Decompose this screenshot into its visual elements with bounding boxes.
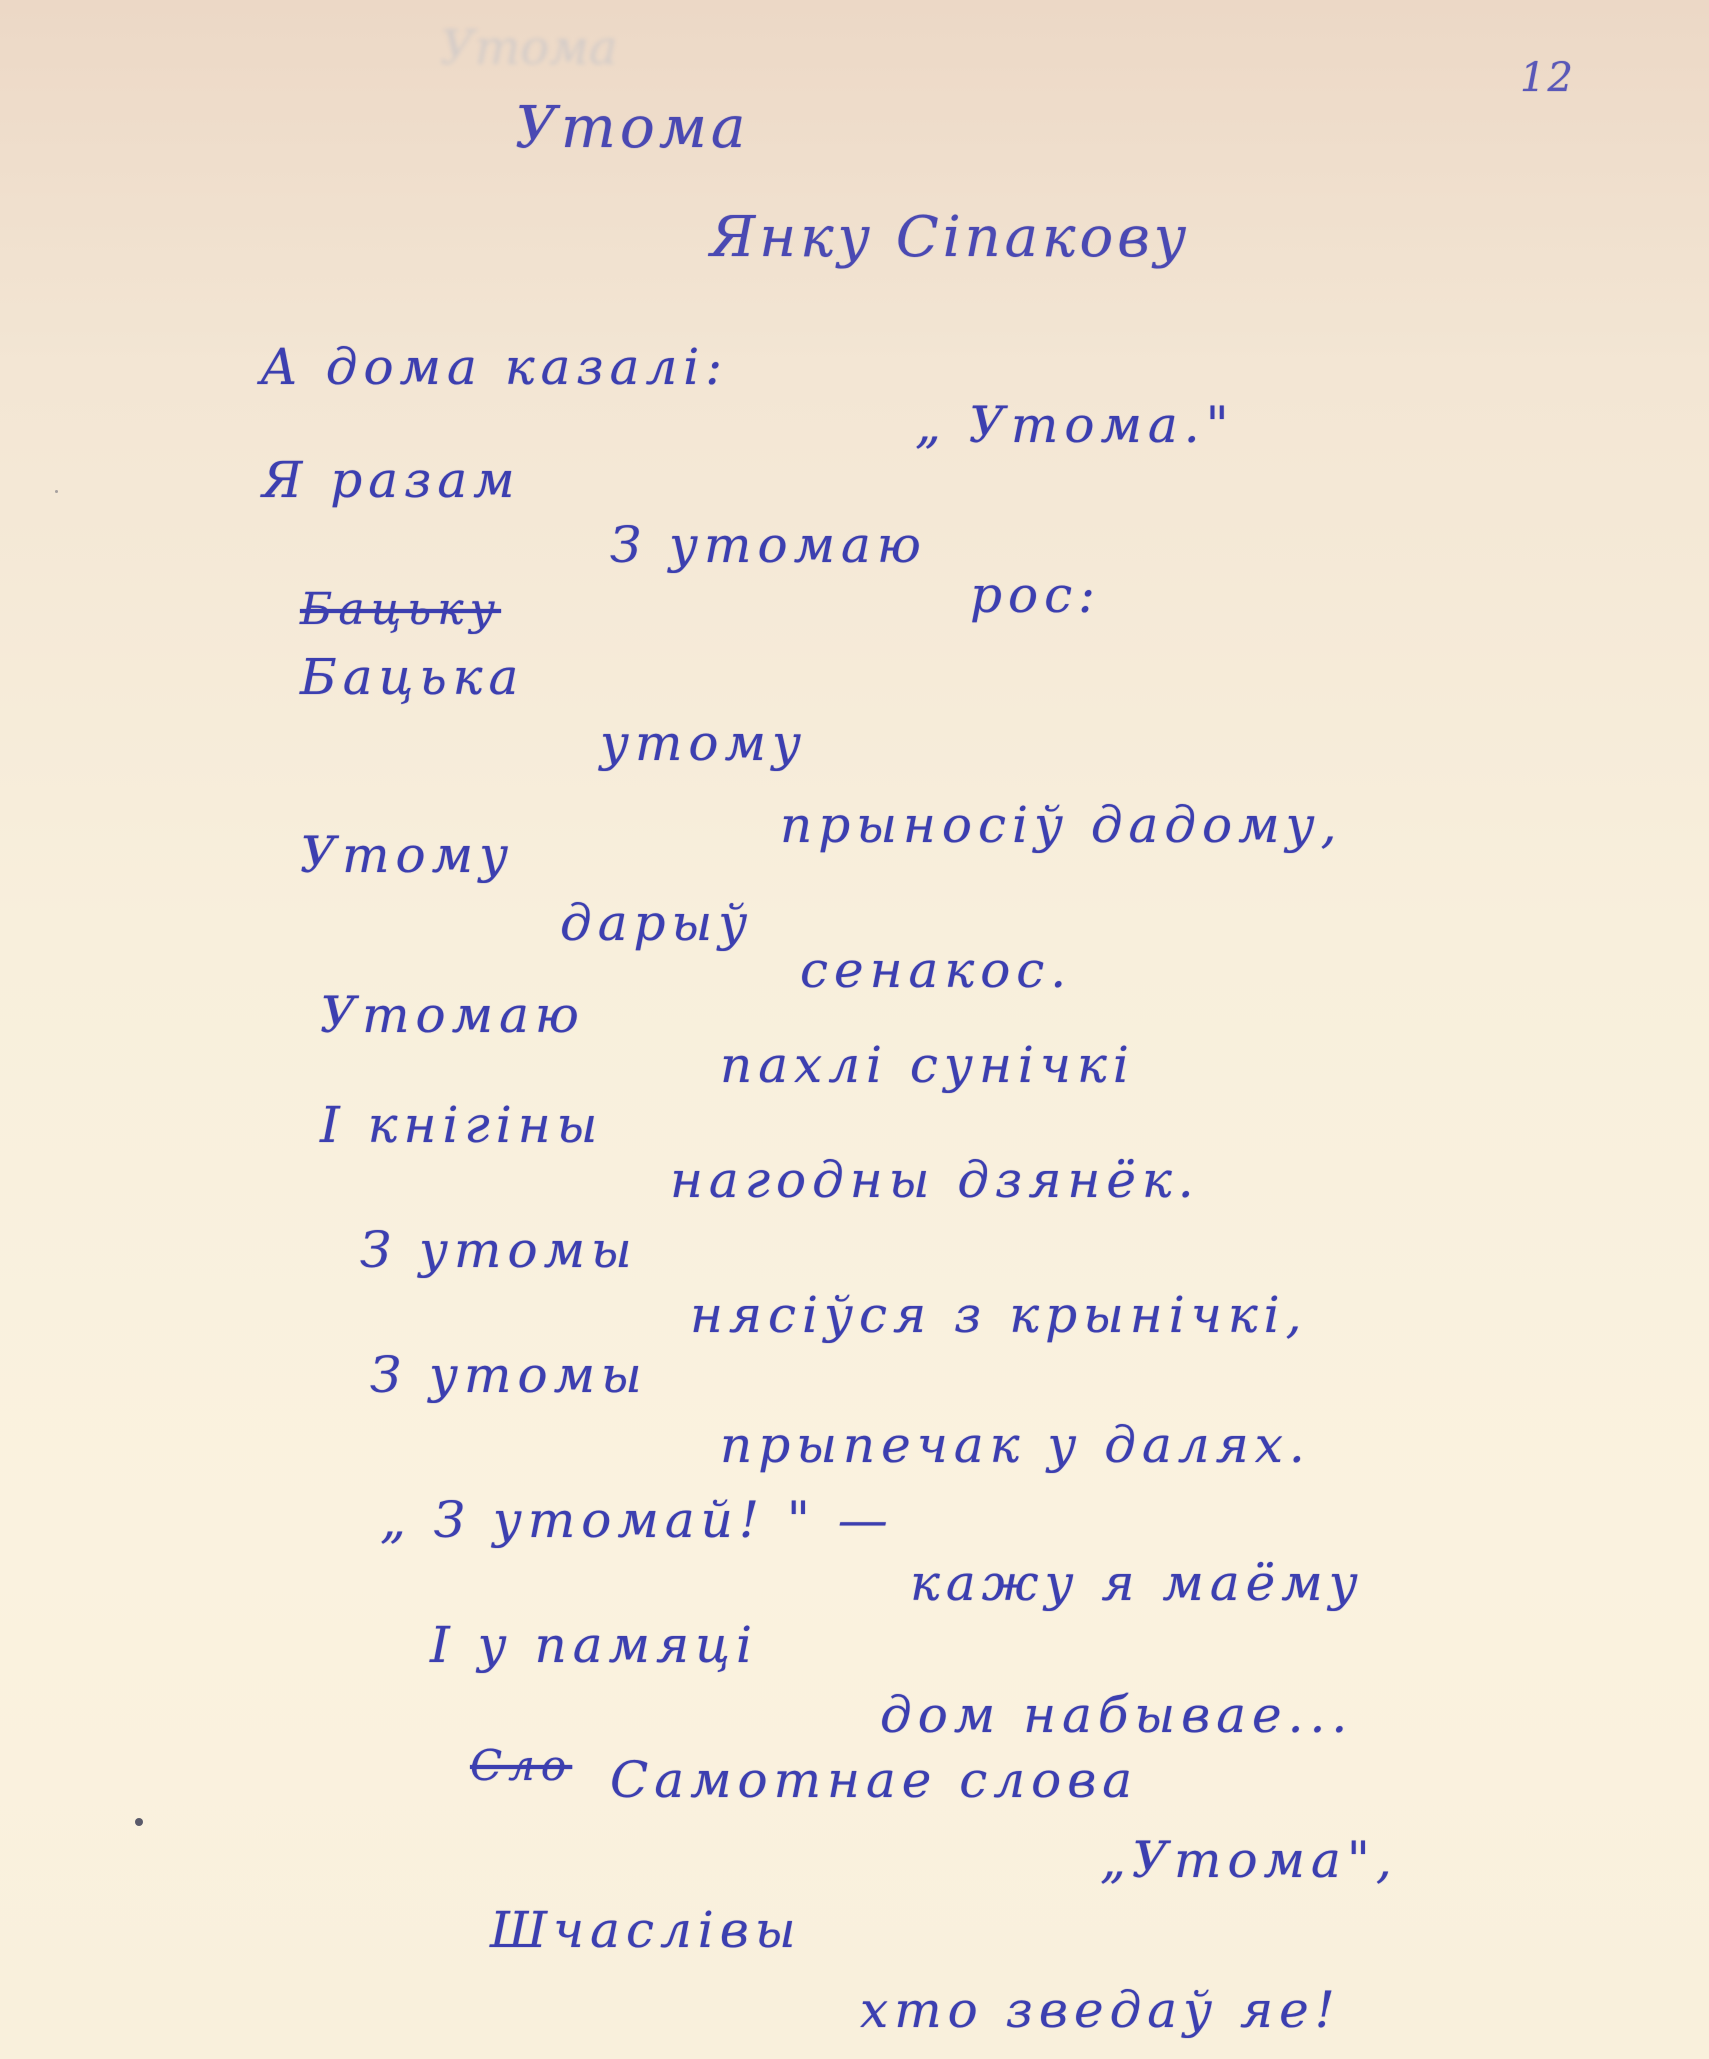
poem-line: І кнігіны: [320, 1100, 603, 1150]
poem-line: нагодны дзянёк.: [670, 1155, 1200, 1205]
poem-line: З утомы: [360, 1225, 638, 1275]
ink-speck: [55, 490, 58, 493]
poem-line: утому: [600, 718, 807, 768]
poem-line: сенакос.: [800, 945, 1072, 995]
struck-word: Сло: [470, 1745, 572, 1787]
poem-line: „Утома",: [1100, 1835, 1398, 1885]
poem-dedication: Янку Сіпакову: [710, 210, 1190, 266]
poem-line: дарыў: [560, 898, 753, 948]
poem-line: Бацька: [300, 652, 524, 702]
poem-line: Утомаю: [320, 990, 585, 1040]
poem-line: З утомы: [370, 1350, 648, 1400]
poem-line: А дома казалі:: [260, 342, 728, 392]
poem-line: прыпечак у далях.: [720, 1420, 1311, 1470]
poem-line: „ Утома.": [915, 400, 1235, 450]
bleedthrough-text: Утома: [440, 20, 618, 76]
ink-speck: [135, 1818, 143, 1826]
poem-line: рос:: [970, 570, 1101, 620]
struck-word: Бацьку: [300, 588, 501, 632]
poem-line: Утому: [300, 830, 514, 880]
page-number: 12: [1520, 58, 1575, 98]
poem-line: прыносіў дадому,: [780, 800, 1343, 850]
poem-line: нясіўся з крынічкі,: [690, 1290, 1308, 1340]
manuscript-page: Утома 12 Утома Янку Сіпакову А дома каза…: [0, 0, 1709, 2059]
poem-line: Самотнае слова: [610, 1755, 1138, 1805]
poem-line: „ З утомай! " —: [380, 1495, 894, 1545]
poem-line: З утомаю: [610, 520, 927, 570]
poem-line: дом набывае...: [880, 1690, 1353, 1740]
poem-line: І у памяці: [430, 1620, 758, 1670]
poem-line: Шчаслівы: [490, 1905, 802, 1955]
poem-line: хто зведаў яе!: [860, 1985, 1341, 2035]
poem-line: пахлі сунічкі: [720, 1040, 1135, 1090]
poem-line: кажу я маёму: [910, 1558, 1364, 1608]
poem-title: Утома: [515, 98, 750, 156]
poem-line: Я разам: [262, 455, 521, 505]
